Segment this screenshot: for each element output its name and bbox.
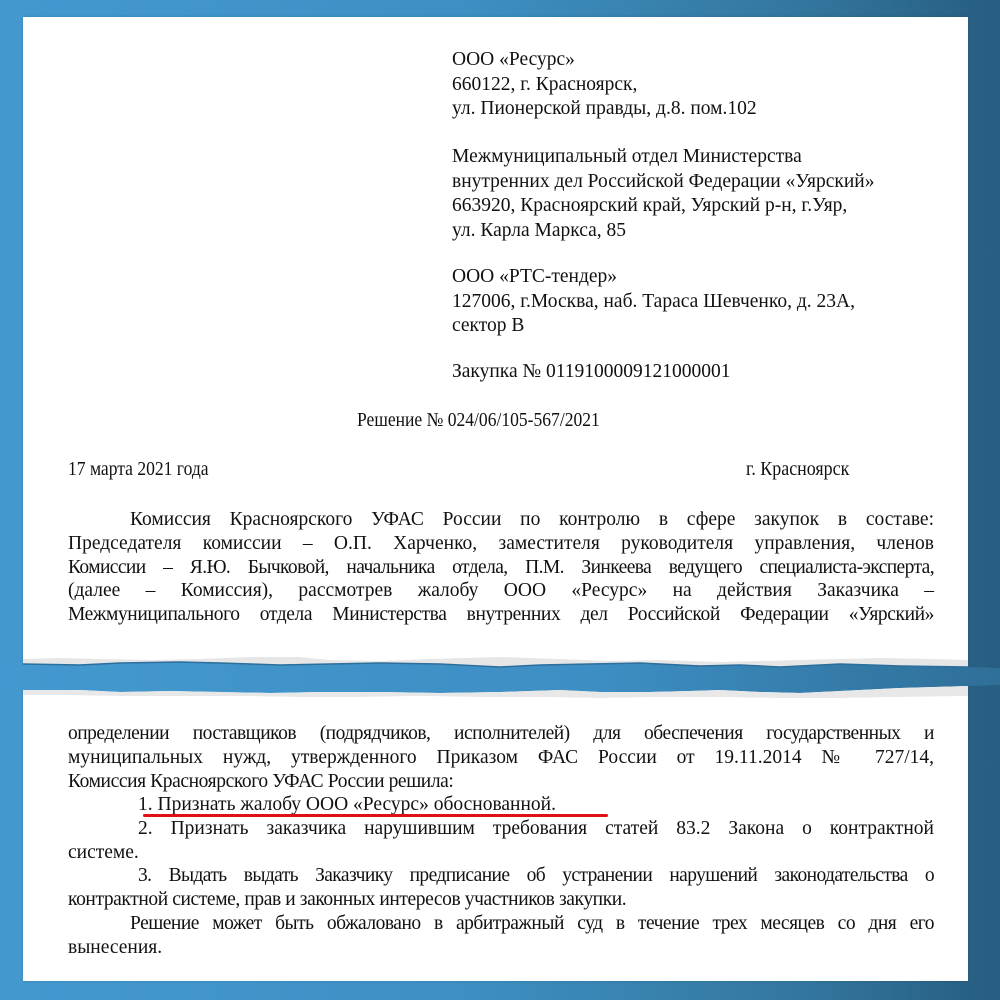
- paragraph-line: Решение может быть обжаловано в арбитраж…: [68, 912, 934, 936]
- paragraph-line: Комиссии – Я.Ю. Бычковой, начальника отд…: [68, 556, 934, 580]
- recipient-name: Межмуниципальный отдел Министерства: [452, 145, 874, 170]
- purchase-number: Закупка № 0119100009121000001: [452, 360, 731, 384]
- decisions-list: 1. Признать жалобу ООО «Ресурс» обоснова…: [68, 793, 934, 912]
- decision-date: 17 марта 2021 года: [68, 458, 209, 482]
- appeal-paragraph: Решение может быть обжаловано в арбитраж…: [68, 912, 934, 960]
- continued-paragraph: определении поставщиков (подрядчиков, ис…: [68, 722, 934, 793]
- decision-item-2-continuation: системе.: [68, 841, 934, 865]
- recipient-address-line: 663920, Красноярский край, Уярский р-н, …: [452, 194, 874, 219]
- intro-paragraph: Комиссия Красноярского УФАС России по ко…: [68, 508, 934, 627]
- recipient-rts-tender: ООО «РТС-тендер» 127006, г.Москва, наб. …: [452, 265, 855, 339]
- paragraph-line: Комиссия Красноярского УФАС России по ко…: [68, 508, 934, 532]
- decision-title: Решение № 024/06/105-567/2021: [357, 409, 600, 433]
- torn-paper-divider: [0, 640, 1000, 710]
- decision-item-3: 3. Выдать выдать Заказчику предписание о…: [68, 864, 934, 888]
- recipient-resurs: ООО «Ресурс» 660122, г. Красноярск, ул. …: [452, 48, 757, 122]
- paragraph-line: вынесения.: [68, 936, 934, 960]
- highlight-underline: [143, 814, 608, 817]
- recipient-address-line: внутренних дел Российской Федерации «Уяр…: [452, 170, 874, 195]
- recipient-mvd-uyarsky: Межмуниципальный отдел Министерства внут…: [452, 145, 874, 243]
- paragraph-line: (далее – Комиссия), рассмотрев жалобу ОО…: [68, 579, 934, 603]
- recipient-address-line: сектор В: [452, 314, 855, 339]
- paragraph-line: Председателя комиссии – О.П. Харченко, з…: [68, 532, 934, 556]
- recipient-name: ООО «РТС-тендер»: [452, 265, 855, 290]
- recipient-name: ООО «Ресурс»: [452, 48, 757, 73]
- recipient-address-line: 127006, г.Москва, наб. Тараса Шевченко, …: [452, 290, 855, 315]
- paragraph-line: муниципальных нужд, утвержденного Приказ…: [68, 746, 934, 770]
- recipient-address-line: 660122, г. Красноярск,: [452, 73, 757, 98]
- decision-city: г. Красноярск: [746, 458, 849, 482]
- paragraph-line: Межмуниципального отдела Министерства вн…: [68, 603, 934, 627]
- recipient-address-line: ул. Пионерской правды, д.8. пом.102: [452, 97, 757, 122]
- paragraph-line: Комиссия Красноярского УФАС России решил…: [68, 770, 934, 794]
- decision-item-3-continuation: контрактной системе, прав и законных инт…: [68, 888, 934, 912]
- decision-item-2: 2. Признать заказчика нарушившим требова…: [68, 817, 934, 841]
- paragraph-line: определении поставщиков (подрядчиков, ис…: [68, 722, 934, 746]
- recipient-address-line: ул. Карла Маркса, 85: [452, 219, 874, 244]
